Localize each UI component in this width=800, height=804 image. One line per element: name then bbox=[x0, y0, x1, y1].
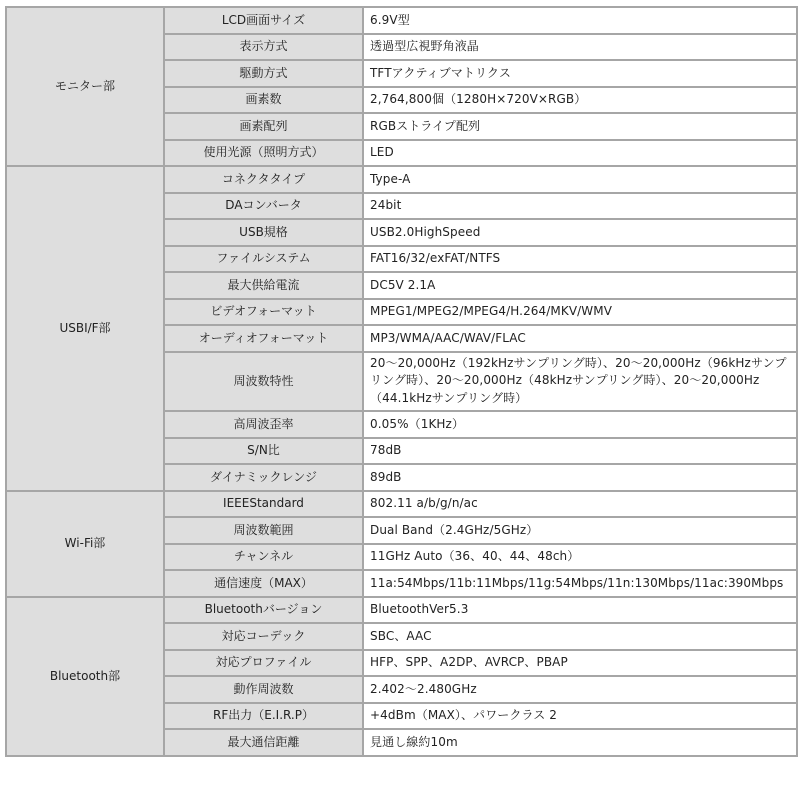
row-value: TFTアクティブマトリクス bbox=[363, 60, 797, 87]
row-label: 駆動方式 bbox=[164, 60, 363, 87]
row-value: 11a:54Mbps/11b:11Mbps/11g:54Mbps/11n:130… bbox=[363, 570, 797, 597]
row-value: +4dBm（MAX）、パワークラス 2 bbox=[363, 703, 797, 730]
row-label: 最大供給電流 bbox=[164, 272, 363, 299]
row-value: 20～20,000Hz（192kHzサンプリング時）、20～20,000Hz（9… bbox=[363, 352, 797, 412]
table-row: USBI/F部 コネクタタイプ Type-A bbox=[6, 166, 797, 193]
row-label: 使用光源（照明方式） bbox=[164, 140, 363, 167]
row-label: ビデオフォーマット bbox=[164, 299, 363, 326]
row-value: FAT16/32/exFAT/NTFS bbox=[363, 246, 797, 273]
table-row: Bluetooth部 Bluetoothバージョン BluetoothVer5.… bbox=[6, 597, 797, 624]
row-label: IEEEStandard bbox=[164, 491, 363, 518]
row-label: 対応コーデック bbox=[164, 623, 363, 650]
row-label: ファイルシステム bbox=[164, 246, 363, 273]
row-value: 見通し線約10m bbox=[363, 729, 797, 756]
row-label: 対応プロファイル bbox=[164, 650, 363, 677]
row-value: 6.9V型 bbox=[363, 7, 797, 34]
row-label: 画素数 bbox=[164, 87, 363, 114]
spec-table: モニター部 LCD画面サイズ 6.9V型 表示方式 透過型広視野角液晶 駆動方式… bbox=[5, 6, 798, 757]
group-monitor: モニター部 bbox=[6, 7, 164, 166]
row-value: DC5V 2.1A bbox=[363, 272, 797, 299]
group-bluetooth: Bluetooth部 bbox=[6, 597, 164, 756]
row-value: 24bit bbox=[363, 193, 797, 220]
row-value: Type-A bbox=[363, 166, 797, 193]
row-value: 11GHz Auto（36、40、44、48ch） bbox=[363, 544, 797, 571]
group-wifi: Wi-Fi部 bbox=[6, 491, 164, 597]
row-value: 802.11 a/b/g/n/ac bbox=[363, 491, 797, 518]
group-usb: USBI/F部 bbox=[6, 166, 164, 491]
row-value: SBC、AAC bbox=[363, 623, 797, 650]
row-label: USB規格 bbox=[164, 219, 363, 246]
row-value: HFP、SPP、A2DP、AVRCP、PBAP bbox=[363, 650, 797, 677]
row-label: S/N比 bbox=[164, 438, 363, 465]
table-row: モニター部 LCD画面サイズ 6.9V型 bbox=[6, 7, 797, 34]
row-value: MPEG1/MPEG2/MPEG4/H.264/MKV/WMV bbox=[363, 299, 797, 326]
row-label: オーディオフォーマット bbox=[164, 325, 363, 352]
row-value: 透過型広視野角液晶 bbox=[363, 34, 797, 61]
row-label: DAコンバータ bbox=[164, 193, 363, 220]
row-label: ダイナミックレンジ bbox=[164, 464, 363, 491]
row-value: 78dB bbox=[363, 438, 797, 465]
row-value: 2,764,800個（1280H×720V×RGB） bbox=[363, 87, 797, 114]
row-value: LED bbox=[363, 140, 797, 167]
table-row: Wi-Fi部 IEEEStandard 802.11 a/b/g/n/ac bbox=[6, 491, 797, 518]
row-value: MP3/WMA/AAC/WAV/FLAC bbox=[363, 325, 797, 352]
row-value: Dual Band（2.4GHz/5GHz） bbox=[363, 517, 797, 544]
row-value: 2.402～2.480GHz bbox=[363, 676, 797, 703]
row-value: USB2.0HighSpeed bbox=[363, 219, 797, 246]
row-label: 周波数特性 bbox=[164, 352, 363, 412]
row-label: 周波数範囲 bbox=[164, 517, 363, 544]
row-label: 画素配列 bbox=[164, 113, 363, 140]
row-value: RGBストライプ配列 bbox=[363, 113, 797, 140]
row-label: Bluetoothバージョン bbox=[164, 597, 363, 624]
row-label: 動作周波数 bbox=[164, 676, 363, 703]
row-value: 0.05%（1KHz） bbox=[363, 411, 797, 438]
row-label: 通信速度（MAX） bbox=[164, 570, 363, 597]
row-value: BluetoothVer5.3 bbox=[363, 597, 797, 624]
row-label: チャンネル bbox=[164, 544, 363, 571]
row-value: 89dB bbox=[363, 464, 797, 491]
row-label: 最大通信距離 bbox=[164, 729, 363, 756]
row-label: LCD画面サイズ bbox=[164, 7, 363, 34]
row-label: RF出力（E.I.R.P） bbox=[164, 703, 363, 730]
row-label: 表示方式 bbox=[164, 34, 363, 61]
row-label: 高周波歪率 bbox=[164, 411, 363, 438]
row-label: コネクタタイプ bbox=[164, 166, 363, 193]
